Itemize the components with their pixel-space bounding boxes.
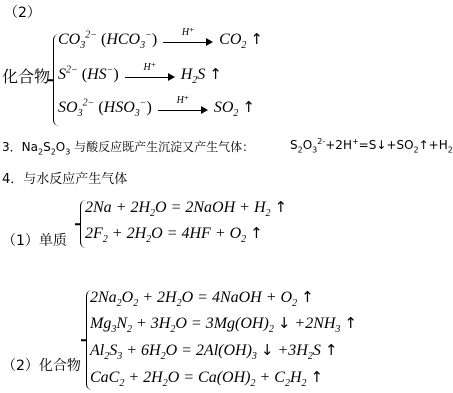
equation: Mg3N2 + 3H2O = 3Mg(OH)2 ↓ +2NH3 ↑ [90, 314, 357, 333]
item-number: 4． [2, 172, 23, 187]
item-text: 与酸反应既产生沉淀又产生气体： [74, 140, 254, 154]
reactant: S2− [58, 66, 78, 83]
item-number: 3． [2, 140, 22, 154]
equation: 2Na + 2H2O = 2NaOH + H2 ↑ [85, 198, 287, 217]
item-3: 3．Na2S2O3 与酸反应既产生沉淀又产生气体： [2, 138, 254, 155]
elements-label: （1）单质 [2, 230, 67, 250]
equation: CaC2 + 2H2O = Ca(OH)2 + C2H2 ↑ [90, 368, 323, 387]
thiosulfate-equation: S2O32-+2H+=S↓+SO2↑+H2O [290, 138, 453, 152]
paren-species: HS− [87, 66, 113, 83]
reactant: SO32− [58, 99, 94, 116]
gas-arrow-icon: ↑ [250, 30, 263, 48]
acid-reaction-row: CO32− (HCO3−) H⁺ CO2 ↑ [58, 30, 263, 49]
acid-reaction-row: S2− (HS−) H⁺ H2S ↑ [58, 65, 222, 84]
acid-reaction-row: SO32− (HSO3−) H⁺ SO2 ↑ [58, 98, 255, 117]
reaction-arrow-icon: H⁺ [158, 101, 208, 115]
product: CO2 [219, 31, 246, 48]
equation: 2Na2O2 + 2H2O = 4NaOH + O2 ↑ [90, 288, 314, 307]
item-4: 4．与水反应产生气体 [2, 168, 127, 187]
product: SO2 [214, 99, 239, 116]
category-label: 化合物 [2, 64, 50, 87]
reaction-arrow-icon: H⁺ [163, 33, 213, 47]
product: H2S [181, 66, 206, 83]
gas-arrow-icon: ↑ [242, 98, 255, 116]
equation: 2F2 + 2H2O = 4HF + O2 ↑ [85, 224, 263, 243]
compounds-label: （2）化合物 [2, 355, 81, 375]
gas-arrow-icon: ↑ [209, 65, 222, 83]
compound: Na2S2O3 [22, 140, 71, 154]
paren-species: HCO3− [106, 31, 152, 48]
reaction-arrow-icon: H⁺ [125, 68, 175, 82]
equation: Al2S3 + 6H2O = 2Al(OH)3 ↓ +3H2S ↑ [90, 341, 337, 360]
paren-species: HSO3− [104, 99, 147, 116]
reactant: CO32− [58, 31, 97, 48]
section-label: （2） [4, 2, 41, 22]
item-title: 与水反应产生气体 [23, 172, 127, 187]
